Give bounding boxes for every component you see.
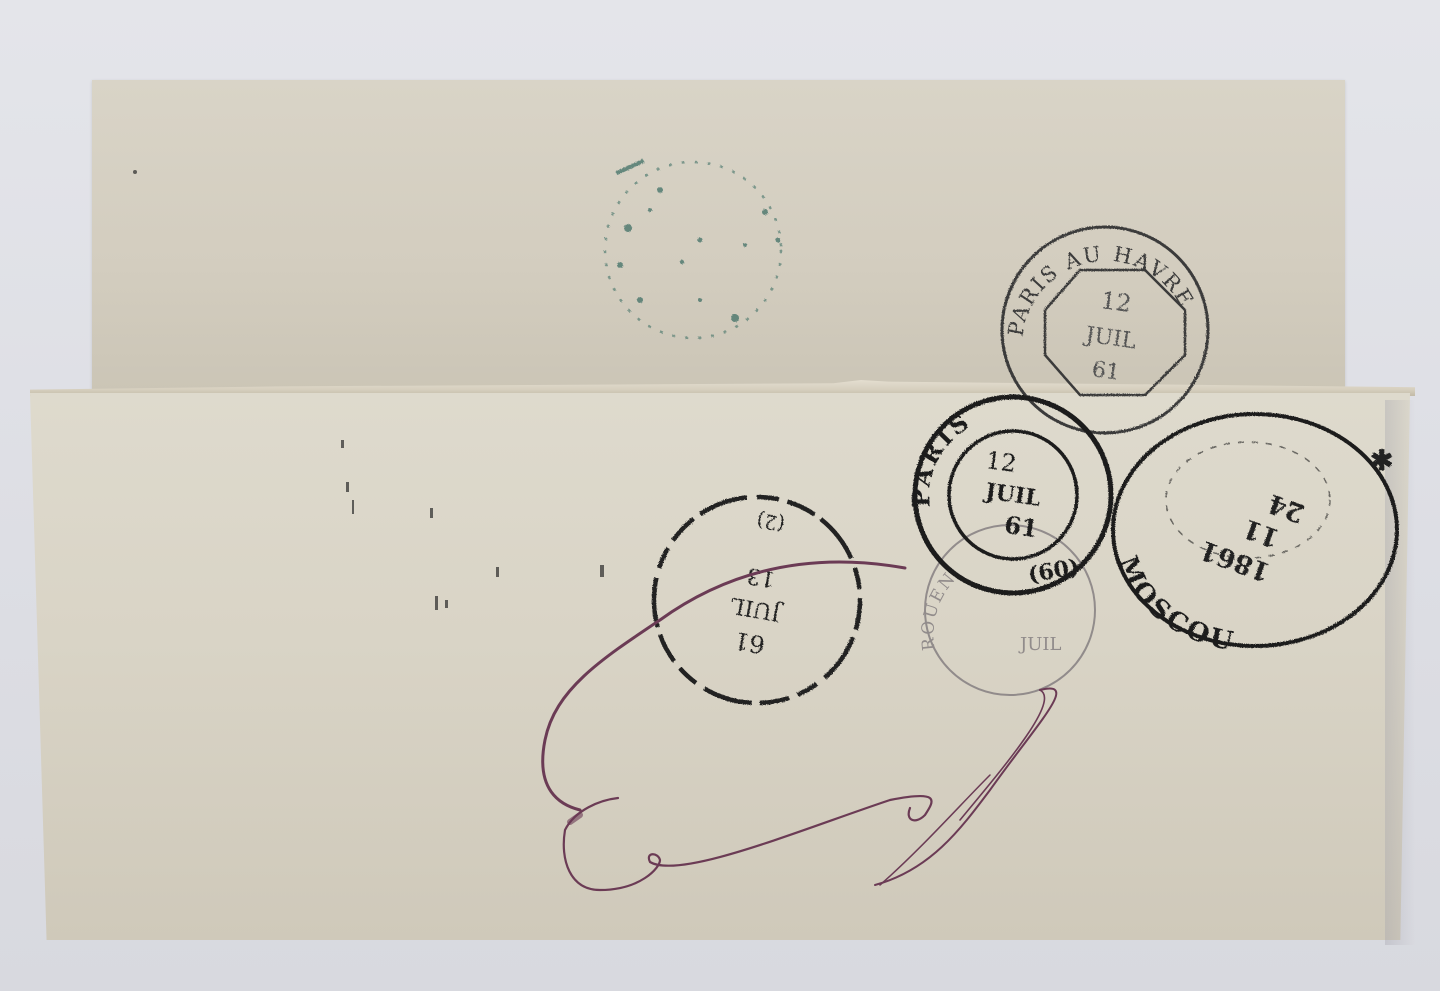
svg-text:12: 12 bbox=[1099, 286, 1133, 318]
ink-flourish-signature bbox=[543, 562, 1057, 890]
svg-text:PARIS: PARIS bbox=[906, 406, 976, 508]
svg-text:(60): (60) bbox=[1026, 554, 1081, 589]
svg-text:12: 12 bbox=[984, 446, 1018, 478]
rouen-postmark: ROUEN JUIL bbox=[918, 525, 1095, 695]
moscou-postmark: MOSCOU 1861 11 24 ✱ bbox=[1112, 414, 1397, 658]
svg-text:JUIL: JUIL bbox=[1018, 634, 1061, 655]
svg-text:✱: ✱ bbox=[1370, 444, 1393, 477]
green-datestamp bbox=[605, 159, 781, 338]
paris-60-postmark: PARIS 12 JUIL 61 (60) bbox=[906, 397, 1111, 593]
svg-text:JUIL: JUIL bbox=[982, 478, 1042, 512]
photo-scene: PARIS AU HAVRE 12 JUIL 61 ROUEN JUIL PAR… bbox=[0, 0, 1440, 991]
faint-marks bbox=[133, 170, 604, 610]
svg-text:61: 61 bbox=[732, 626, 767, 659]
paris-au-havre-postmark: PARIS AU HAVRE 12 JUIL 61 bbox=[1002, 227, 1208, 433]
svg-text:61: 61 bbox=[1090, 357, 1121, 386]
svg-text:JUIL: JUIL bbox=[1082, 322, 1138, 354]
svg-text:13: 13 bbox=[745, 562, 777, 591]
postal-markings: PARIS AU HAVRE 12 JUIL 61 ROUEN JUIL PAR… bbox=[0, 0, 1440, 991]
svg-text:JUIL: JUIL bbox=[728, 592, 785, 626]
svg-text:61: 61 bbox=[1003, 510, 1040, 543]
inverted-postmark: 61 JUIL 13 (2) bbox=[654, 497, 860, 703]
svg-text:(2): (2) bbox=[755, 508, 787, 537]
svg-text:ROUEN: ROUEN bbox=[918, 568, 960, 651]
